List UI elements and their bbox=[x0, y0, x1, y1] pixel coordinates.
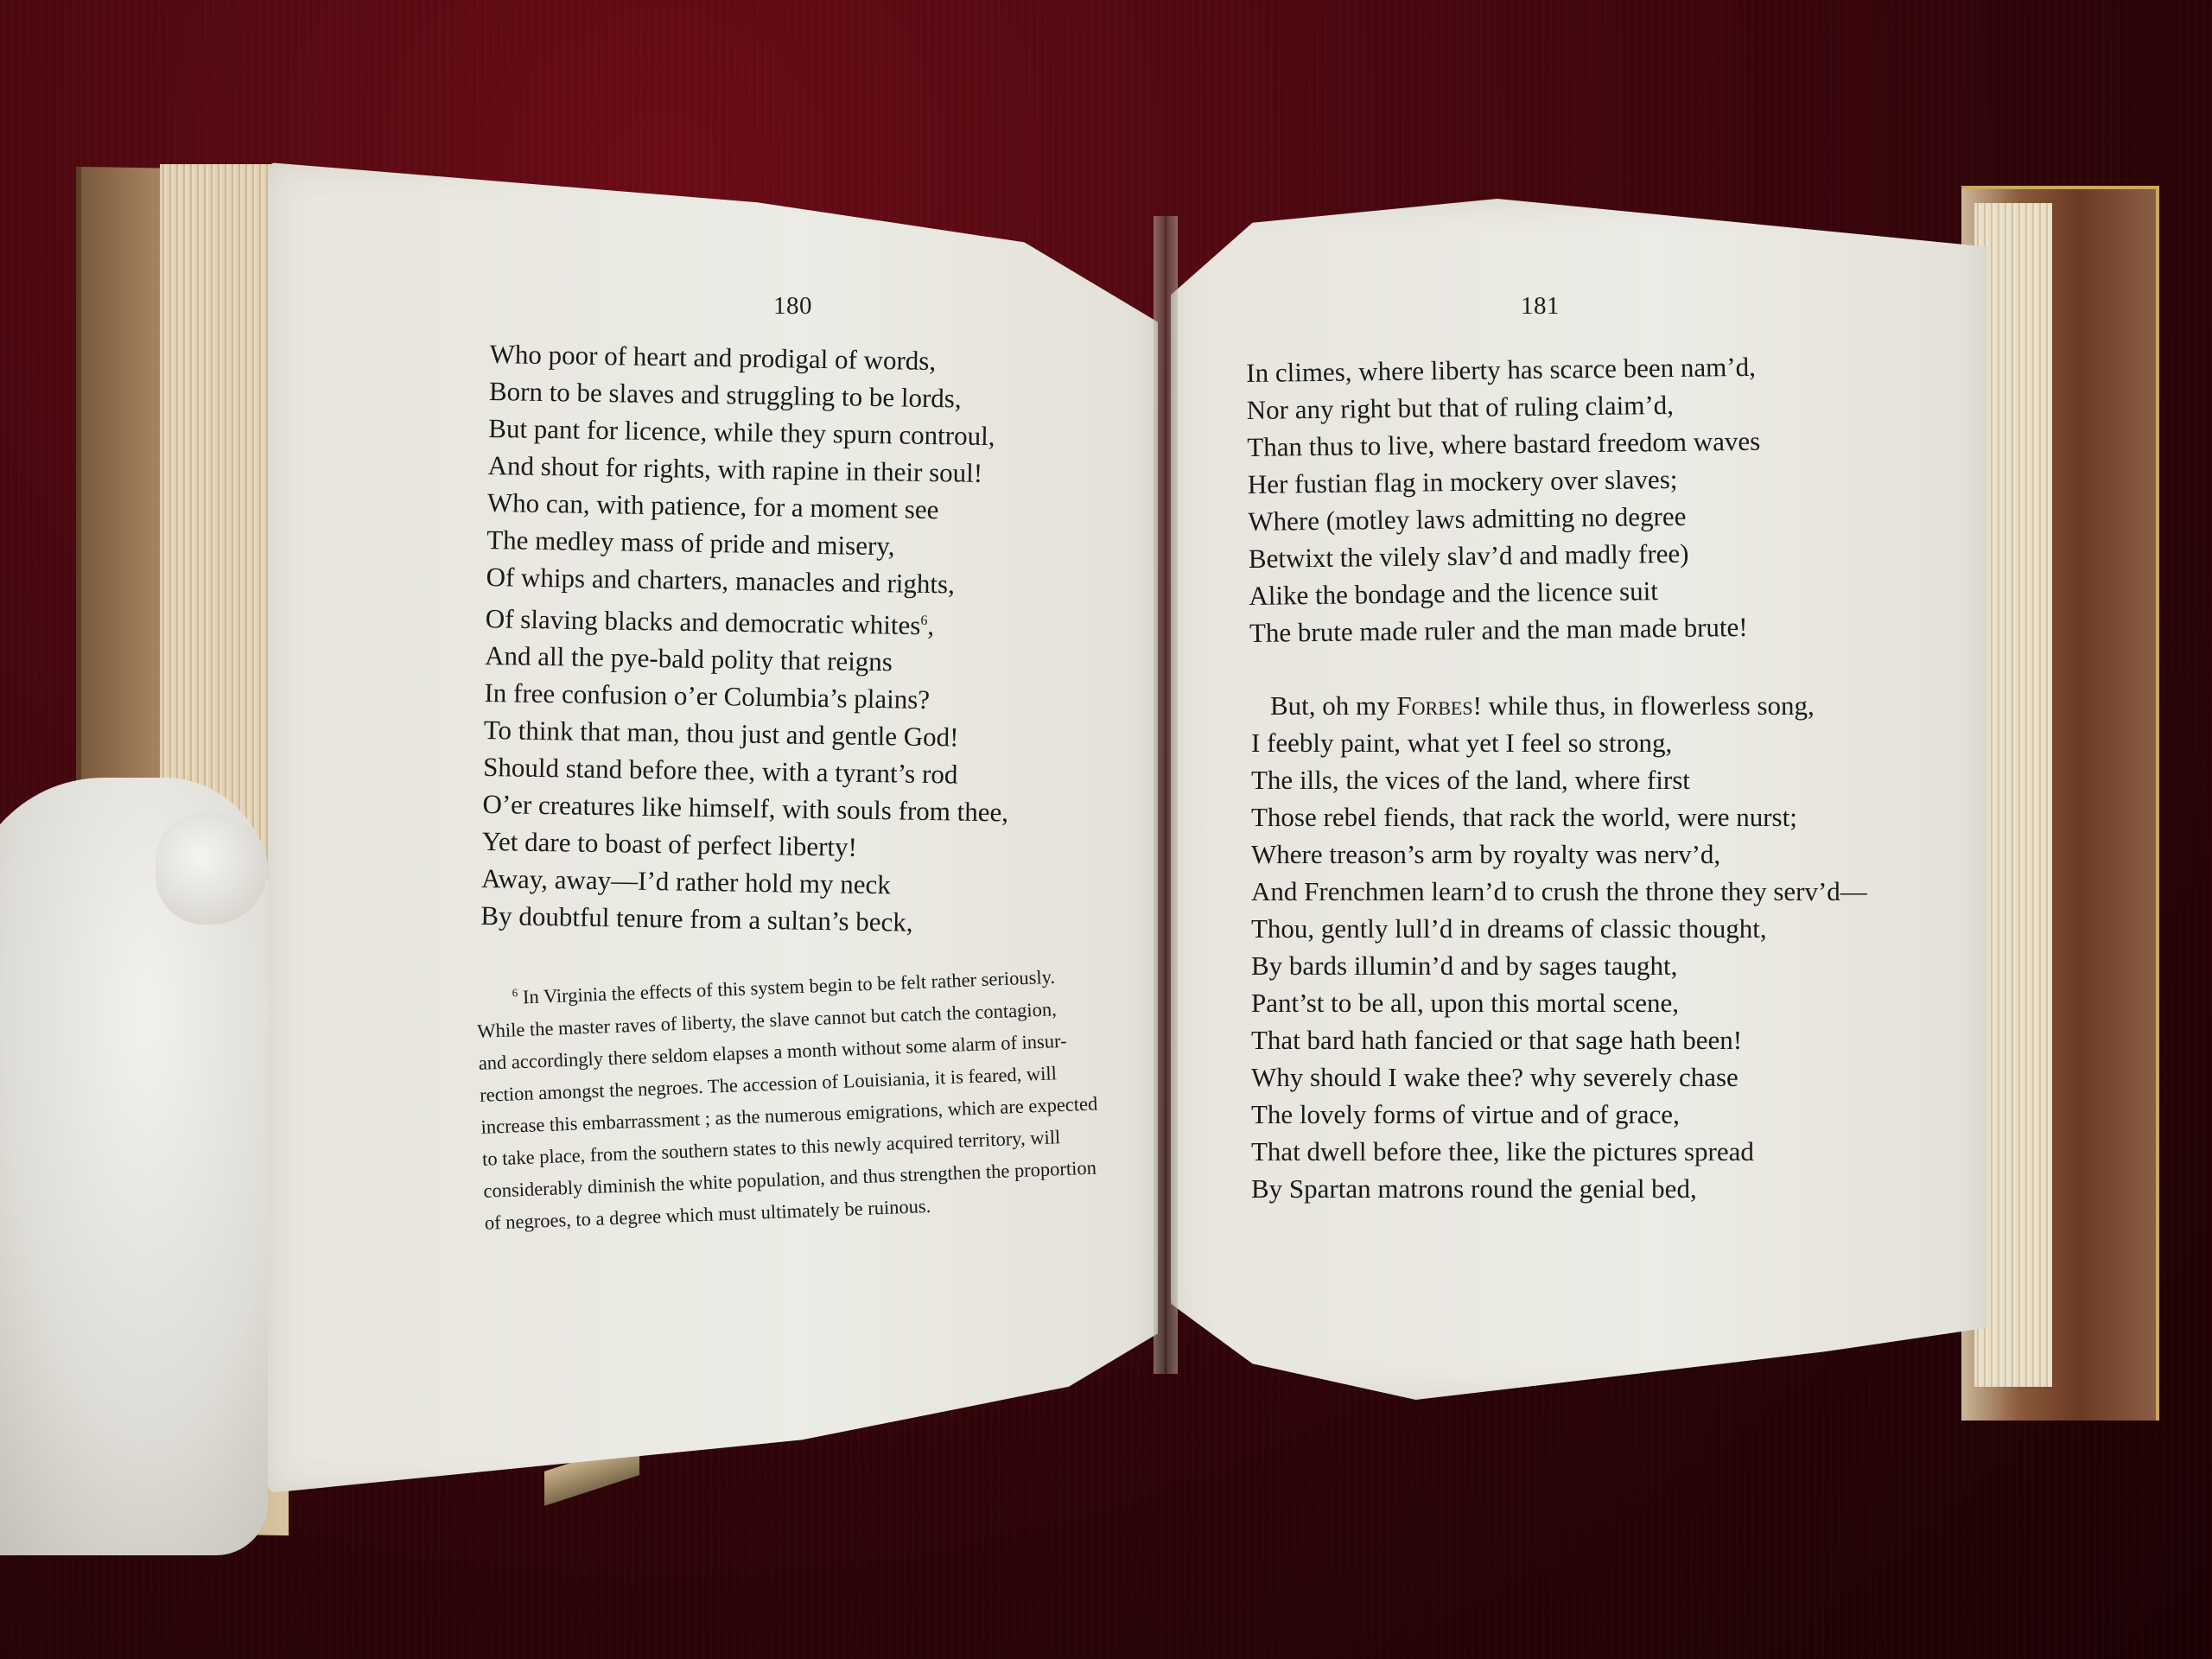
verse-line: Why should I wake thee? why severely cha… bbox=[1251, 1058, 1867, 1096]
verse-line: The ills, the vices of the land, where f… bbox=[1251, 761, 1867, 798]
footnote-marker: 6 bbox=[512, 986, 518, 999]
footnote-reference: 6 bbox=[920, 613, 927, 628]
verse-line: Those rebel fiends, that rack the world,… bbox=[1251, 798, 1867, 836]
verse-line: And Frenchmen learn’d to crush the thron… bbox=[1251, 873, 1867, 910]
verse-line: Nor any right but that of ruling claim’d… bbox=[1247, 385, 1760, 429]
verse-line: I feebly paint, what yet I feel so stron… bbox=[1251, 724, 1867, 761]
verse-line: The lovely forms of virtue and of grace, bbox=[1251, 1096, 1867, 1133]
verse-line: Than thus to live, where bastard freedom… bbox=[1247, 423, 1760, 466]
verse-line: By Spartan matrons round the genial bed, bbox=[1251, 1170, 1867, 1207]
verse-line: Alike the bondage and the licence suit bbox=[1249, 571, 1762, 614]
verse-text: Of slaving blacks and democratic whites bbox=[486, 603, 921, 640]
verse-line: That dwell before thee, like the picture… bbox=[1251, 1133, 1867, 1170]
verse-line: Where treason’s arm by royalty was nerv’… bbox=[1251, 836, 1867, 873]
right-stanza-1: In climes, where liberty has scarce been… bbox=[1246, 348, 1763, 652]
page-number-left: 180 bbox=[773, 292, 812, 321]
verse-line: In climes, where liberty has scarce been… bbox=[1246, 348, 1759, 391]
gloved-thumb bbox=[156, 812, 268, 925]
verse-line: Her fustian flag in mockery over slaves; bbox=[1248, 460, 1761, 503]
addressee-name: Forbes bbox=[1396, 690, 1472, 721]
verse-punct: , bbox=[927, 610, 934, 640]
verse-line: That bard hath fancied or that sage hath… bbox=[1251, 1021, 1867, 1058]
verse-line: The brute made ruler and the man made br… bbox=[1249, 608, 1763, 652]
verse-line: Betwixt the vilely slav’d and madly free… bbox=[1249, 534, 1762, 577]
right-stanza-2: But, oh my Forbes! while thus, in flower… bbox=[1251, 687, 1867, 1207]
book-gutter bbox=[1154, 216, 1178, 1374]
verse-text: But, oh my bbox=[1270, 690, 1396, 721]
footnote: 6 In Virginia the effects of this system… bbox=[475, 955, 1102, 1239]
page-number-right: 181 bbox=[1521, 292, 1560, 321]
verse-line: But, oh my Forbes! while thus, in flower… bbox=[1251, 687, 1867, 724]
left-verse: Who poor of heart and prodigal of words,… bbox=[480, 335, 1015, 943]
verse-line: Where (motley laws admitting no degree bbox=[1248, 497, 1761, 540]
verse-text: ! while thus, in flowerless song, bbox=[1473, 690, 1815, 721]
verse-line: Thou, gently lull’d in dreams of classic… bbox=[1251, 910, 1867, 947]
verse-line: Pant’st to be all, upon this mortal scen… bbox=[1251, 984, 1867, 1021]
verse-line: By bards illumin’d and by sages taught, bbox=[1251, 947, 1867, 984]
